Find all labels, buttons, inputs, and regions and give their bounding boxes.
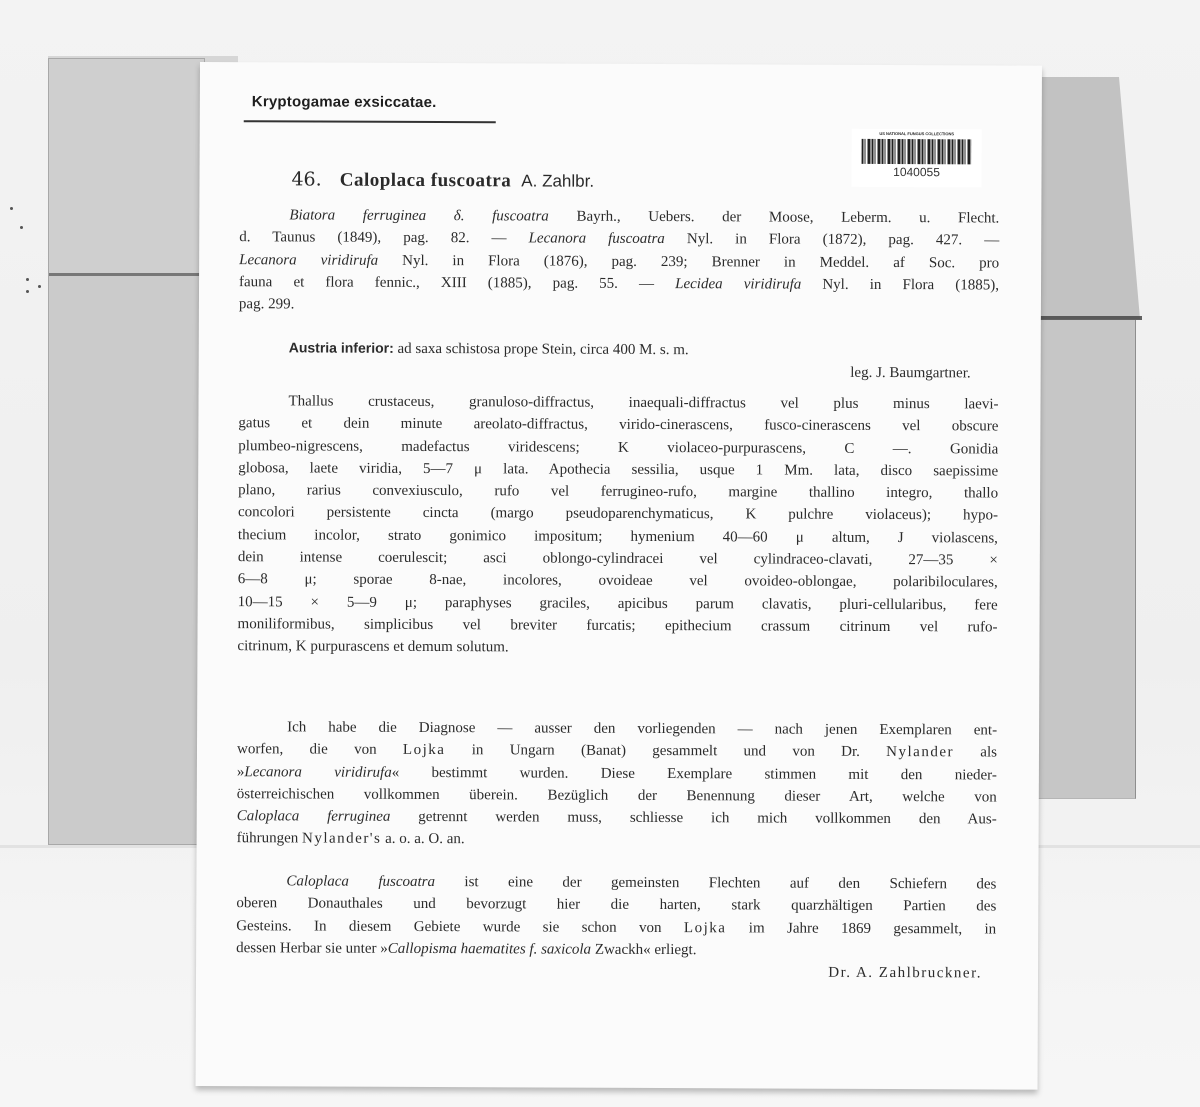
description-line: plumbeo-nigrescens, madefactus viridesce… bbox=[238, 435, 998, 461]
synonymy-line: d. Taunus (1849), pag. 82. — Lecanora fu… bbox=[239, 226, 999, 252]
barcode-number: 1040055 bbox=[851, 165, 981, 180]
description-line: moniliformibus, simplicibus vel breviter… bbox=[237, 613, 997, 639]
stray-mark bbox=[26, 278, 29, 281]
description-line: gatus et dein minute areolato-diffractus… bbox=[238, 412, 998, 438]
barcode-institution: US NATIONAL FUNGUS COLLECTIONS bbox=[858, 131, 976, 137]
synonymy-line: pag. 299. bbox=[239, 293, 999, 319]
description-line: 6—8 μ; sporae 8-nae, incolores, ovoideae… bbox=[238, 569, 998, 595]
barcode-icon bbox=[862, 139, 972, 164]
specimen-label: Kryptogamae exsiccatae. US NATIONAL FUNG… bbox=[196, 62, 1042, 1090]
notes-line: oberen Donauthales und bevorzugt hier di… bbox=[236, 892, 996, 918]
species-number: 46. bbox=[291, 168, 321, 190]
species-heading: 46. Caloplaca fuscoatra A. Zahlbr. bbox=[291, 168, 594, 192]
notes-line: Gesteins. In diesem Gebiete wurde sie sc… bbox=[236, 915, 996, 941]
synonymy-block: Biatora ferruginea δ. fuscoatra Bayrh., … bbox=[239, 204, 999, 319]
synonymy-line: fauna et flora fennic., XIII (1885), pag… bbox=[239, 271, 999, 297]
locality-region: Austria inferior: bbox=[289, 339, 394, 355]
envelope-right-panel bbox=[1035, 320, 1136, 799]
signature: Dr. A. Zahlbruckner. bbox=[236, 959, 996, 985]
notes-line: Caloplaca fuscoatra ist eine der gemeins… bbox=[236, 870, 996, 896]
locality-block: Austria inferior: ad saxa schistosa prop… bbox=[239, 336, 999, 385]
envelope-fold-line bbox=[49, 273, 204, 276]
notes-line: Caloplaca ferruginea getrennt werden mus… bbox=[237, 805, 997, 831]
series-title-underline bbox=[244, 120, 496, 123]
notes-block-1: Ich habe die Diagnose — ausser den vorli… bbox=[237, 716, 998, 853]
synonymy-line: Biatora ferruginea δ. fuscoatra Bayrh., … bbox=[239, 204, 999, 230]
description-line: dein intense coerulescit; asci oblongo-c… bbox=[238, 546, 998, 572]
description-line: thecium incolor, strato gonimico imposit… bbox=[238, 524, 998, 550]
notes-line: worfen, die von Lojka in Ungarn (Banat) … bbox=[237, 738, 997, 764]
description-line: concolori persistente cincta (margo pseu… bbox=[238, 502, 998, 528]
notes-line: führungen Nylander's a. o. a. O. an. bbox=[237, 828, 997, 854]
notes-line: österreichischen vollkommen überein. Bez… bbox=[237, 783, 997, 809]
series-title: Kryptogamae exsiccatae. bbox=[252, 93, 437, 111]
description-line: plano, rarius convexiusculo, rufo vel fe… bbox=[238, 479, 998, 505]
description-line: globosa, laete viridia, 5—7 μ lata. Apot… bbox=[238, 457, 998, 483]
synonymy-line: Lecanora viridirufa Nyl. in Flora (1876)… bbox=[239, 249, 999, 275]
description-block: Thallus crustaceus, granuloso-diffractus… bbox=[237, 390, 998, 661]
species-name: Caloplaca fuscoatra bbox=[340, 170, 512, 192]
notes-line: »Lecanora viridirufa« bestimmt wurden. D… bbox=[237, 761, 997, 787]
description-line: 10—15 × 5—9 μ; paraphyses graciles, apic… bbox=[238, 591, 998, 617]
notes-line: Ich habe die Diagnose — ausser den vorli… bbox=[237, 716, 997, 742]
stray-mark bbox=[20, 226, 23, 229]
stray-mark bbox=[10, 207, 13, 210]
description-line: citrinum, K purpurascens et demum solutu… bbox=[237, 635, 997, 661]
description-line: Thallus crustaceus, granuloso-diffractus… bbox=[238, 390, 998, 416]
locality-text: ad saxa schistosa prope Stein, circa 400… bbox=[397, 341, 688, 358]
locality-line: Austria inferior: ad saxa schistosa prop… bbox=[239, 336, 999, 363]
envelope-left-lower-flap bbox=[49, 276, 204, 844]
species-author: A. Zahlbr. bbox=[521, 171, 594, 190]
envelope-left-panel bbox=[48, 58, 205, 845]
collector: leg. J. Baumgartner. bbox=[239, 359, 999, 385]
barcode-sticker: US NATIONAL FUNGUS COLLECTIONS 1040055 bbox=[851, 129, 981, 188]
notes-block-2: Caloplaca fuscoatra ist eine der gemeins… bbox=[236, 870, 996, 963]
stray-mark bbox=[26, 290, 29, 293]
stray-mark bbox=[38, 285, 41, 288]
signature-block: Dr. A. Zahlbruckner. bbox=[236, 959, 996, 985]
